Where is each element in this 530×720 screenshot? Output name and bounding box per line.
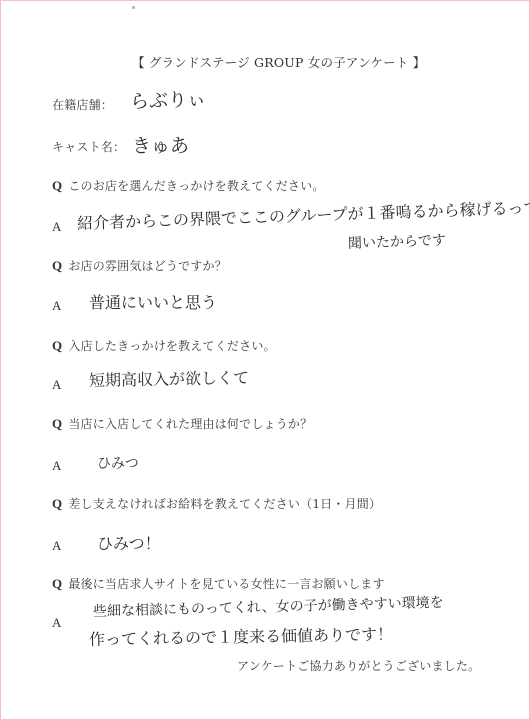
- answer-marker-5: A: [52, 538, 68, 554]
- question-marker: Q: [52, 576, 62, 592]
- question-3: Q入店したきっかけを教えてください。: [52, 337, 276, 354]
- question-2: Qお店の雰囲気はどうですか？: [52, 257, 227, 274]
- answer-2: 普通にいいと思う: [89, 290, 217, 313]
- question-6: Q最後に当店求人サイトを見ている女性に一言お願いします: [52, 575, 385, 592]
- question-5: Q差し支えなければお給料を教えてください（1日・月間）: [52, 495, 381, 512]
- question-1: Qこのお店を選んだきっかけを教えてください。: [52, 177, 325, 194]
- answer-1-line-2: 聞いたからです: [348, 230, 447, 253]
- question-text: 差し支えなければお給料を教えてください（1日・月間）: [68, 497, 381, 511]
- answer-6-line-1: 些細な相談にものってくれ、女の子が働きやすい環境を: [93, 592, 444, 621]
- store-label: 在籍店舗：: [52, 96, 113, 113]
- scan-speck: [132, 6, 135, 9]
- closing-thanks: アンケートご協力ありがとうございました。: [237, 657, 480, 674]
- answer-marker-1: A: [52, 219, 68, 235]
- question-marker: Q: [52, 338, 62, 354]
- question-text: 最後に当店求人サイトを見ている女性に一言お願いします: [68, 577, 384, 591]
- question-4: Q当店に入店してくれた理由は何でしょうか？: [52, 415, 312, 432]
- answer-1-line-1: 紹介者からこの界隈でここのグループが１番嗚るから稼げるって: [77, 195, 530, 234]
- answer-marker-3: A: [52, 377, 68, 393]
- question-text: お店の雰囲気はどうですか？: [68, 259, 227, 273]
- answer-3: 短期高収入が欲しくて: [89, 365, 249, 391]
- question-marker: Q: [52, 178, 62, 194]
- answer-marker-4: A: [52, 458, 68, 474]
- cast-label: キャスト名：: [52, 138, 125, 155]
- question-text: このお店を選んだきっかけを教えてください。: [68, 179, 324, 193]
- answer-5: ひみつ！: [97, 531, 161, 554]
- cast-value: きゅあ: [132, 131, 189, 158]
- question-marker: Q: [52, 258, 62, 274]
- question-marker: Q: [52, 496, 62, 512]
- document-title: 【 グランドステージ GROUP 女の子アンケート 】: [132, 53, 426, 71]
- question-text: 入店したきっかけを教えてください。: [68, 339, 275, 353]
- questionnaire-page: 【 グランドステージ GROUP 女の子アンケート 】 在籍店舗： らぶりぃ キ…: [0, 0, 530, 720]
- question-marker: Q: [52, 416, 62, 432]
- answer-4: ひみつ: [97, 453, 139, 473]
- store-value: らぶりぃ: [130, 84, 207, 114]
- answer-marker-6: A: [52, 615, 68, 631]
- answer-marker-2: A: [52, 298, 68, 314]
- answer-6-line-2: 作ってくれるので１度来る価値ありです！: [89, 622, 393, 650]
- question-text: 当店に入店してくれた理由は何でしょうか？: [68, 417, 312, 431]
